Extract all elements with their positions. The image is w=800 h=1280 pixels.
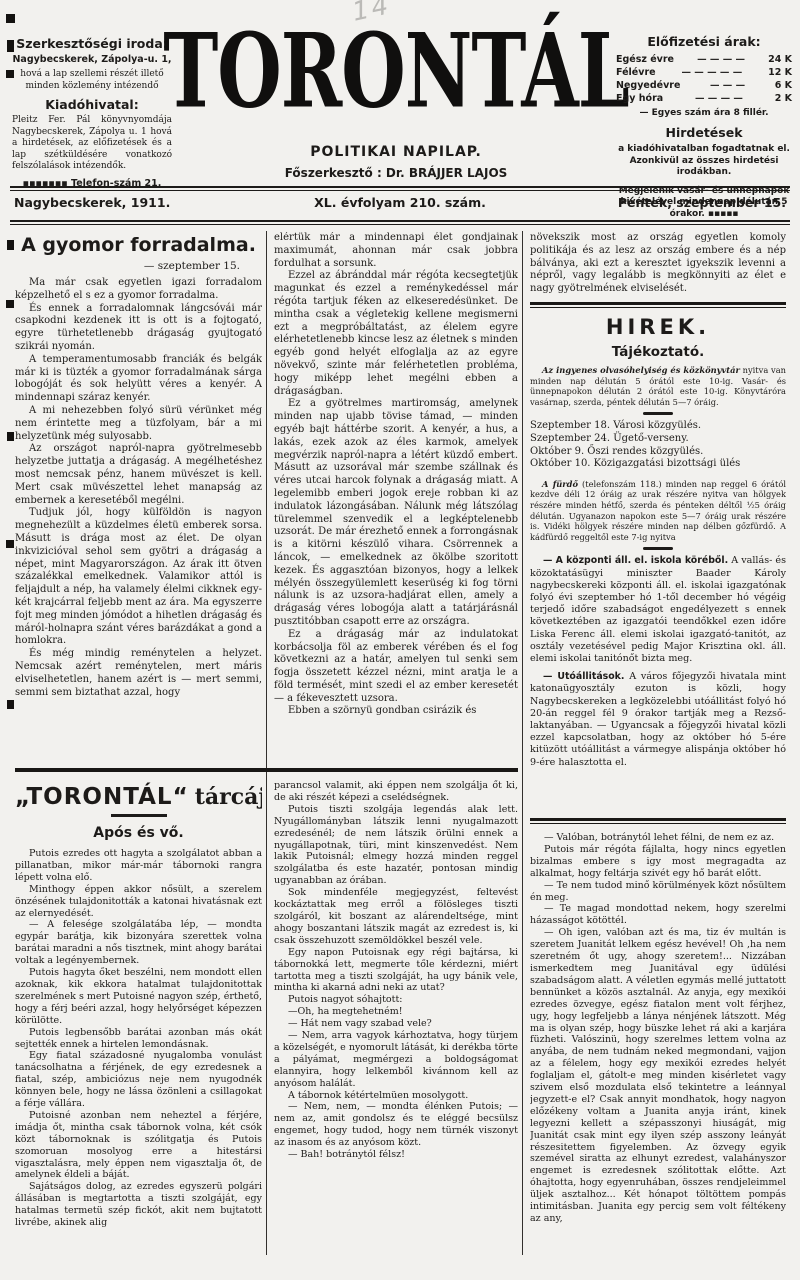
hirek-section-title: HIREK. (530, 315, 786, 339)
paragraph: Ezzel az ábránddal már régóta kecsegtetj… (274, 270, 518, 398)
paragraph: — Nem, nem, — mondta élénken Putois; — n… (274, 1101, 518, 1149)
tajekoztato-title: Tájékoztató. (530, 344, 786, 360)
paragraph: Tudjuk jól, hogy külföldön is nagyon meg… (15, 507, 262, 648)
section-divider (530, 818, 786, 824)
bath-paragraph: A fürdő (telefonszám 118.) minden nap re… (530, 479, 786, 543)
paragraph: — Te magad mondottad nekem, hogy szerelm… (530, 903, 786, 927)
section-divider (530, 302, 786, 308)
paragraph: Ebben a szörnyü gondban csirázik és (274, 705, 518, 718)
price-row: Egy hóra — — — — 2 K (616, 92, 792, 105)
schedule-item: Október 10. Közigazgatási bizottsági ülé… (530, 458, 786, 471)
dateline-issue: XL. évfolyam 210. szám. (14, 195, 786, 210)
divider (10, 220, 790, 225)
paragraph: növekszik most az ország egyetlen komoly… (530, 232, 786, 296)
column-2-lead-article: elértük már a mindennapi élet gondjainak… (274, 232, 518, 766)
column-3-divider (530, 818, 786, 824)
paragraph: És ennek a forradalomnak lángcsóvái már … (15, 303, 262, 354)
paragraph: Ez a gyötrelmes martiromság, amelynek mi… (274, 398, 518, 628)
info-paragraph: Az ingyenes olvasóhelyiség és közkönyvtá… (530, 365, 786, 407)
paragraph: Ez a drágaság már az indulatokat korbács… (274, 629, 518, 706)
office-title: Szerkesztőségi iroda: (12, 36, 172, 51)
single-copy-price: — Egyes szám ára 8 fillér. (616, 108, 792, 118)
schedule-item: Szeptember 24. Ügető-verseny. (530, 433, 786, 446)
news-text: A város főjegyzői hivatala mint katonaüg… (530, 671, 786, 767)
price-label: Egész évre (616, 53, 674, 66)
newspaper-page: 14 Szerkesztőségi iroda: Nagybecskerek, … (0, 0, 800, 1280)
news-lead: — Utóállitások. (543, 671, 624, 682)
dateline-bar: Nagybecskerek, 1911. XL. évfolyam 210. s… (14, 195, 786, 210)
paragraph: elértük már a mindennapi élet gondjainak… (274, 232, 518, 270)
paragraph: Sok mindenféle megjegyzést, feltevést ko… (274, 887, 518, 947)
paragraph: Ma már csak egyetlen igazi forradalom ké… (15, 277, 262, 303)
column-1-lead-article: A gyomor forradalma. — szeptember 15. Ma… (15, 232, 262, 766)
feuilleton-title-main: „TORONTÁL“ (15, 784, 189, 810)
small-divider (111, 814, 167, 817)
paragraph: parancsol valamit, aki éppen nem szolgál… (274, 780, 518, 804)
paragraph: Putois nagyot sóhajtott: (274, 994, 518, 1006)
news-item: — A központi áll. el. iskola köréből. A … (530, 555, 786, 665)
price-row: Félévre — — — — — 12 K (616, 66, 792, 79)
price-label: Egy hóra (616, 92, 663, 105)
feuilleton-rule (15, 768, 518, 772)
paragraph: — Hát nem vagy szabad vele? (274, 1018, 518, 1030)
scan-artifact (6, 300, 14, 308)
office-note: hová a lap szellemi részét illető minden… (12, 69, 172, 92)
price-value: 24 K (768, 53, 792, 66)
price-value: 6 K (775, 79, 792, 92)
feuilleton-column-2: parancsol valamit, aki éppen nem szolgál… (274, 780, 518, 1278)
paragraph: —Oh, ha megtehetném! (274, 1006, 518, 1018)
price-label: Félévre (616, 66, 656, 79)
paragraph: Putoisné azonban nem neheztel a férjére,… (15, 1110, 262, 1181)
feuilleton-title-sub: tárcája. (195, 784, 262, 810)
bath-lead: A fürdő (542, 479, 578, 489)
divider (10, 186, 790, 191)
scan-artifact (7, 700, 14, 709)
price-dashes: — — — (680, 79, 774, 92)
ads-title: Hirdetések (616, 125, 792, 140)
feuilleton-column-1: „TORONTÁL“tárcája. Após és vő. Putois ez… (15, 780, 262, 1278)
paragraph: — Oh igen, valóban azt és ma, tiz év mul… (530, 927, 786, 1225)
small-divider (643, 412, 673, 415)
scan-artifact (7, 432, 14, 441)
ads-text: a kiadóhivatalban fogadtatnak el. Azonki… (616, 144, 792, 179)
editor-line: Főszerkesztő : Dr. BRÁJJER LAJOS (178, 166, 614, 180)
paragraph: Putois legbensőbb barátai azonban más ok… (15, 1027, 262, 1051)
scan-artifact (7, 240, 14, 250)
paragraph: A tábornok kétértelmüen mosolygott. (274, 1090, 518, 1102)
paragraph: Putois már régóta fájlalta, hogy nincs e… (530, 844, 786, 880)
news-text: A vallás- és közoktatásügyi miniszter Ba… (530, 555, 786, 664)
column-rule (522, 231, 523, 1255)
article-dateline: — szeptember 15. (15, 260, 262, 272)
news-lead: — A központi áll. el. iskola köréből. (543, 555, 728, 566)
office-address: Nagybecskerek, Zápolya-u. 1, (12, 54, 172, 65)
schedule-item: Október 9. Őszi rendes közgyülés. (530, 446, 786, 459)
publisher-title: Kiadóhivatal: (12, 97, 172, 112)
article-title: A gyomor forradalma. (15, 234, 262, 256)
paragraph: Putois ezredes ott hagyta a szolgálatot … (15, 848, 262, 884)
info-lead: Az ingyenes olvasóhelyiség és közkönyvtá… (542, 365, 740, 375)
paragraph: — Nem, arra vagyok kárhoztatva, hogy tür… (274, 1030, 518, 1090)
paper-title: TORONTÁL (178, 0, 614, 156)
masthead-office-box: Szerkesztőségi iroda: Nagybecskerek, Záp… (12, 36, 172, 189)
paragraph: — Bah! botránytól félsz! (274, 1149, 518, 1161)
price-row: Egész évre — — — — 24 K (616, 53, 792, 66)
schedule-item: Szeptember 18. Városi közgyülés. (530, 420, 786, 433)
paragraph: Egy fiatal századosné nyugalomba vonulás… (15, 1050, 262, 1110)
paragraph: — Valóban, botránytól lehet félni, de ne… (530, 832, 786, 844)
price-dashes: — — — — (674, 53, 768, 66)
price-dashes: — — — — — (656, 66, 769, 79)
paragraph: A temperamentumosabb franciák és belgák … (15, 354, 262, 405)
publisher-text: Pleitz Fer. Pál könyvnyomdája Nagybecske… (12, 115, 172, 173)
feuilleton-column-3: — Valóban, botránytól lehet félni, de ne… (530, 832, 786, 1278)
prices-title: Előfizetési árak: (616, 34, 792, 49)
paragraph: Az országot napról-napra gyötrelmesebb h… (15, 443, 262, 507)
paragraph: Putois tiszti szolgája legendás alak let… (274, 804, 518, 887)
paragraph: A mi nehezebben folyó sürü vérünket még … (15, 405, 262, 443)
column-3-news: növekszik most az ország egyetlen komoly… (530, 232, 786, 818)
column-rule (266, 231, 267, 1255)
paragraph: — Te nem tudod minő körülmények közt nős… (530, 880, 786, 904)
paragraph: Putois hagyta őket beszélni, nem mondott… (15, 967, 262, 1027)
paragraph: És még mindig reménytelen a helyzet. Nem… (15, 648, 262, 699)
masthead-center: TORONTÁL POLITIKAI NAPILAP. Főszerkesztő… (178, 14, 614, 180)
paragraph: Sajátságos dolog, az ezredes egyszerü po… (15, 1181, 262, 1229)
feuilleton-section-title: „TORONTÁL“tárcája. (15, 784, 262, 810)
price-dashes: — — — — (663, 92, 775, 105)
scan-artifact (6, 14, 15, 23)
scan-artifact (6, 540, 14, 548)
story-title: Após és vő. (15, 825, 262, 841)
price-value: 12 K (768, 66, 792, 79)
paragraph: — A felesége szolgálatába lép, — mondta … (15, 919, 262, 967)
news-items: — A központi áll. el. iskola köréből. A … (530, 555, 786, 768)
price-row: Negyedévre — — — 6 K (616, 79, 792, 92)
price-label: Negyedévre (616, 79, 680, 92)
paragraph: Minthogy éppen akkor nősült, a szerelem … (15, 884, 262, 920)
price-value: 2 K (775, 92, 792, 105)
paragraph: Egy napon Putoisnak egy régi bajtársa, k… (274, 947, 518, 995)
small-divider (643, 547, 673, 550)
news-item: — Utóállitások. A város főjegyzői hivata… (530, 671, 786, 769)
